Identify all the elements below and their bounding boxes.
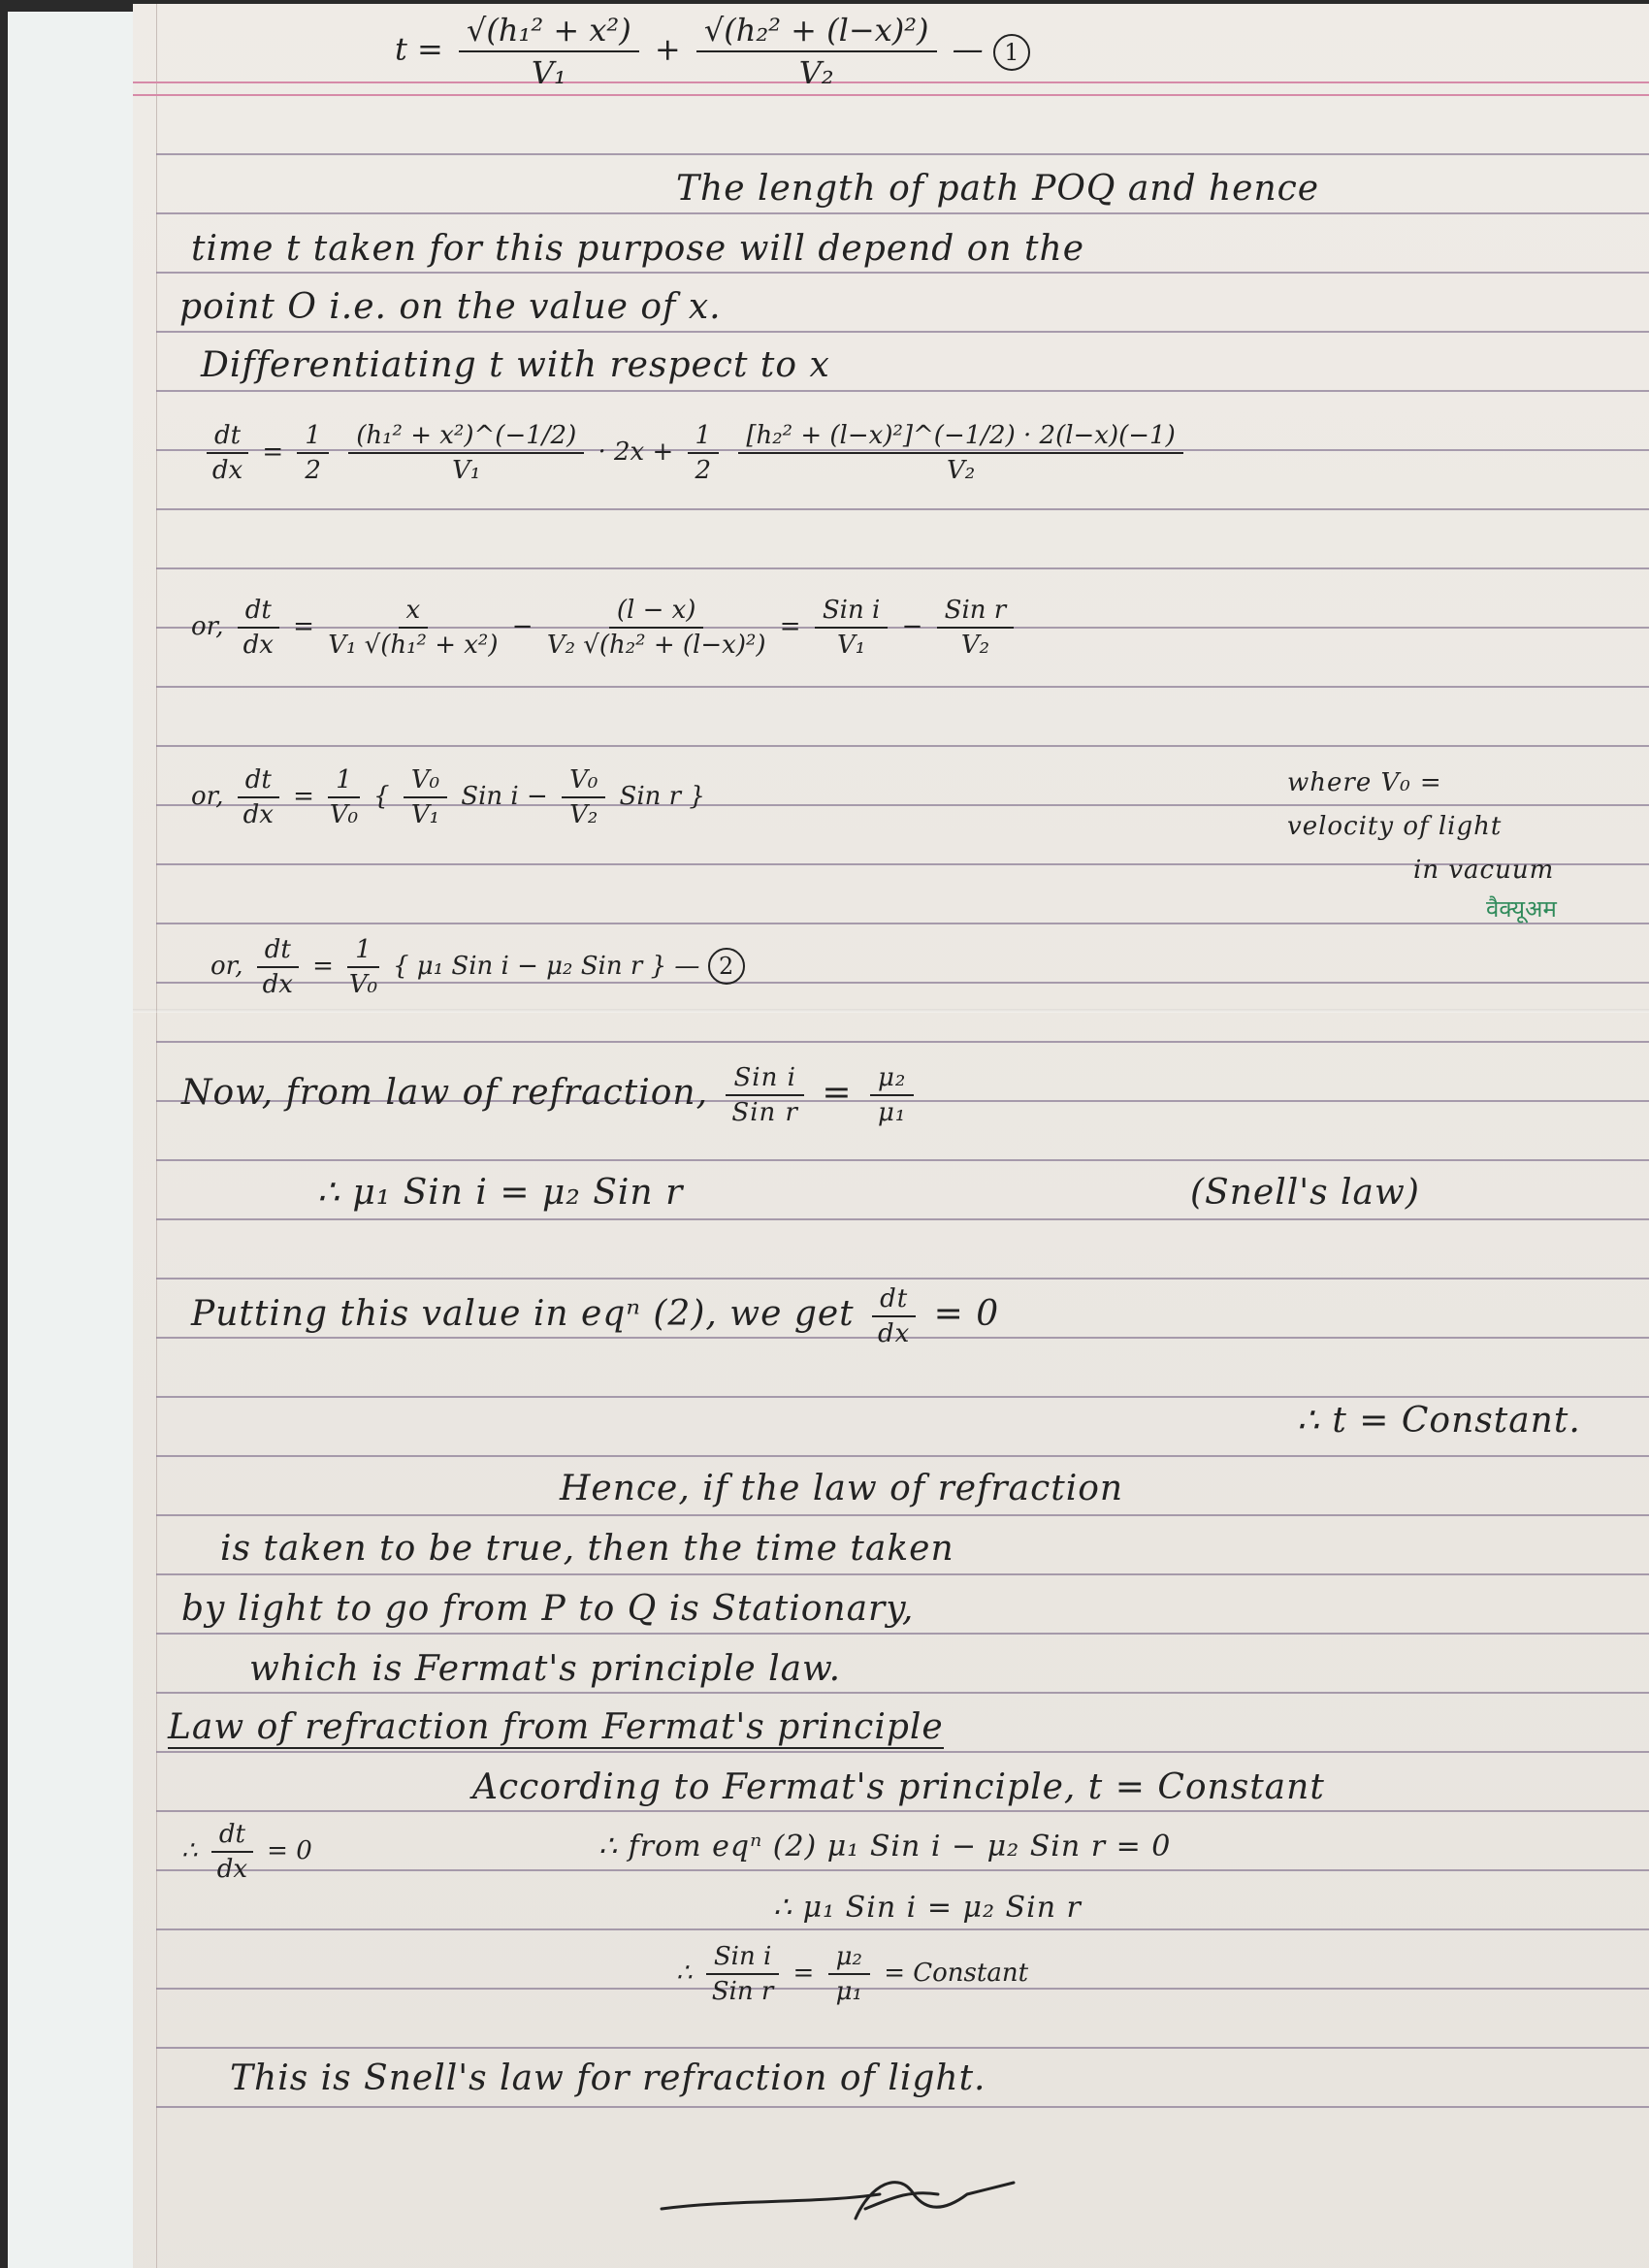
rule-line	[156, 923, 1649, 924]
note-line: in vacuum	[1413, 856, 1554, 885]
rule-line	[156, 508, 1649, 510]
end-flourish-icon	[657, 2165, 1016, 2223]
text-line: Hence, if the law of refraction	[560, 1469, 1123, 1508]
conclusion-line: This is Snell's law for refraction of li…	[230, 2058, 986, 2098]
rule-line	[156, 1869, 1649, 1871]
fraction: √(h₁² + x²) V₁	[459, 12, 639, 91]
rule-line	[156, 1633, 1649, 1635]
text-line: is taken to be true, then the time taken	[220, 1529, 954, 1569]
header-line-2	[133, 94, 1649, 96]
fraction: √(h₂² + (l−x)²) V₂	[696, 12, 937, 91]
rule-line	[156, 1810, 1649, 1812]
text-line: Differentiating t with respect to x	[201, 345, 830, 385]
rule-line	[156, 2106, 1649, 2108]
rule-line	[156, 1514, 1649, 1516]
rule-line	[156, 212, 1649, 214]
note-line: where V₀ =	[1287, 768, 1442, 797]
text-line: According to Fermat's principle, t = Con…	[472, 1767, 1325, 1807]
text-line: time t taken for this purpose will depen…	[191, 229, 1084, 269]
equation-v0: or, dtdx = 1V₀ { V₀V₁ Sin i − V₀V₂ Sin r…	[191, 765, 705, 829]
rule-line	[156, 1928, 1649, 1930]
snell-equation: ∴ μ₁ Sin i = μ₂ Sin r	[317, 1173, 683, 1213]
text-line: point O i.e. on the value of x.	[179, 287, 722, 327]
paper-fold-crease	[133, 1009, 1649, 1013]
rule-line	[156, 1159, 1649, 1161]
rule-line	[156, 745, 1649, 747]
text-line: ∴ μ₁ Sin i = μ₂ Sin r	[773, 1891, 1082, 1925]
rule-line	[156, 2047, 1649, 2049]
rule-line	[156, 1455, 1649, 1457]
rule-line	[156, 331, 1649, 333]
rule-line	[156, 567, 1649, 569]
notebook-page: t = √(h₁² + x²) V₁ + √(h₂² + (l−x)²) V₂ …	[133, 4, 1649, 2268]
equation-differentiation: dtdx = 12 (h₁² + x²)^(−1/2)V₁ · 2x + 12 …	[201, 421, 1189, 485]
note-line: velocity of light	[1287, 812, 1502, 841]
scanner-background	[8, 12, 134, 2268]
text-line: ∴ from eqⁿ (2) μ₁ Sin i − μ₂ Sin r = 0	[598, 1830, 1171, 1863]
rule-line	[156, 1692, 1649, 1694]
equation-dtdx-zero: ∴ dtdx = 0	[181, 1820, 312, 1884]
rule-line	[156, 1396, 1649, 1398]
equation-simplified: or, dtdx = xV₁ √(h₁² + x²) − (l − x)V₂ √…	[191, 596, 1019, 660]
rule-line	[156, 272, 1649, 274]
equation-1: t = √(h₁² + x²) V₁ + √(h₂² + (l−x)²) V₂ …	[395, 12, 1030, 91]
equation-number: 1	[993, 34, 1030, 71]
rule-line	[156, 1573, 1649, 1575]
rule-line	[156, 1278, 1649, 1280]
section-heading: Law of refraction from Fermat's principl…	[168, 1707, 944, 1749]
equation-number: 2	[708, 948, 745, 985]
text-line: Putting this value in eqⁿ (2), we get dt…	[191, 1284, 999, 1348]
text-line: which is Fermat's principle law.	[249, 1649, 841, 1689]
rule-line	[156, 1218, 1649, 1220]
snell-label: (Snell's law)	[1190, 1173, 1420, 1213]
text-line: Now, from law of refraction, Sin iSin r …	[181, 1063, 920, 1127]
hindi-annotation: वैक्यूअम	[1486, 892, 1557, 924]
rule-line	[156, 390, 1649, 392]
rule-line	[156, 1041, 1649, 1043]
rule-line	[156, 686, 1649, 688]
equation-2: or, dtdx = 1V₀ { μ₁ Sin i − μ₂ Sin r } —…	[210, 935, 745, 999]
text-line: by light to go from P to Q is Stationary…	[181, 1589, 914, 1629]
text-line: ∴ t = Constant.	[1297, 1401, 1581, 1441]
text-line: The length of path POQ and hence	[676, 169, 1319, 209]
rule-line	[156, 153, 1649, 155]
rule-line	[156, 1751, 1649, 1753]
equation-final: ∴ Sin iSin r = μ₂μ₁ = Constant	[676, 1942, 1028, 2006]
